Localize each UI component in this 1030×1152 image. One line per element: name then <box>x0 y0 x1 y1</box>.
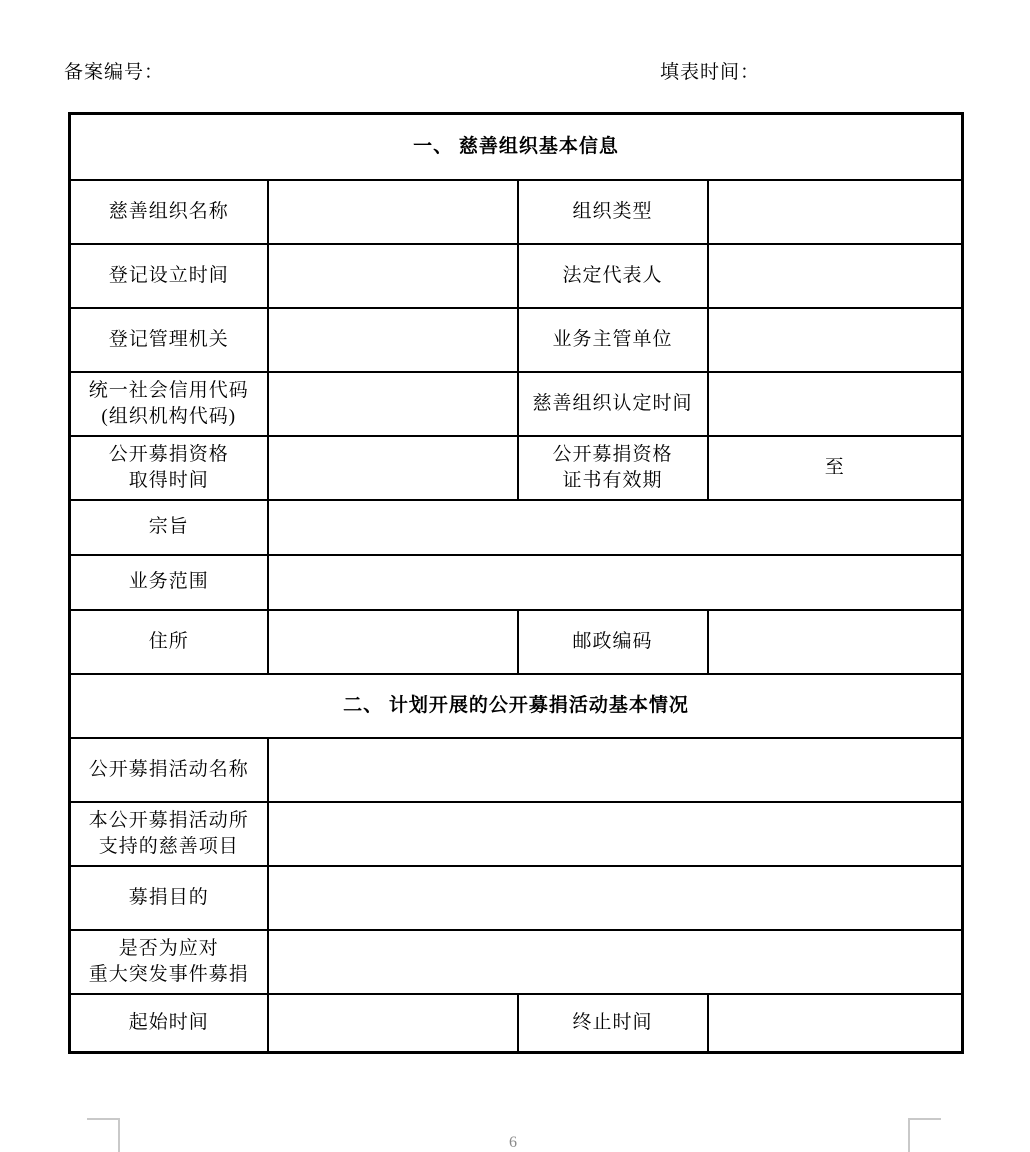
validity-to-text: 至 <box>825 457 845 478</box>
reg-authority-label-cell: 登记管理机关 <box>70 308 268 372</box>
address-label-cell: 住所 <box>70 610 268 674</box>
table-row: 起始时间 终止时间 <box>70 994 963 1053</box>
reg-authority-input-cell[interactable] <box>268 308 518 372</box>
org-name-label-cell: 慈善组织名称 <box>70 180 268 244</box>
fundraising-purpose-input-cell[interactable] <box>268 866 963 930</box>
supported-project-label-line1: 本公开募捐活动所 <box>89 810 249 831</box>
activity-name-input-cell[interactable] <box>268 738 963 802</box>
address-input-cell[interactable] <box>268 610 518 674</box>
legal-rep-label-cell: 法定代表人 <box>518 244 708 308</box>
start-time-input-cell[interactable] <box>268 994 518 1053</box>
fundraising-qualification-date-input-cell[interactable] <box>268 436 518 500</box>
table-row: 慈善组织名称 组织类型 <box>70 180 963 244</box>
postal-code-input-cell[interactable] <box>708 610 963 674</box>
table-row: 公开募捐资格 取得时间 公开募捐资格 证书有效期 至 <box>70 436 963 500</box>
reg-date-input-cell[interactable] <box>268 244 518 308</box>
org-type-label: 组织类型 <box>572 201 652 222</box>
address-label: 住所 <box>149 631 189 652</box>
certificate-validity-label-line1: 公开募捐资格 <box>552 444 672 465</box>
section2-title: 二、 计划开展的公开募捐活动基本情况 <box>343 695 689 716</box>
supervisory-unit-input-cell[interactable] <box>708 308 963 372</box>
fundraising-qualification-date-label-cell: 公开募捐资格 取得时间 <box>70 436 268 500</box>
activity-name-label: 公开募捐活动名称 <box>89 759 249 780</box>
org-type-label-cell: 组织类型 <box>518 180 708 244</box>
charity-fundraising-form-table: 一、 慈善组织基本信息 慈善组织名称 组织类型 登记设立时间 法定代表人 <box>68 112 964 1054</box>
supervisory-unit-label-cell: 业务主管单位 <box>518 308 708 372</box>
legal-rep-input-cell[interactable] <box>708 244 963 308</box>
certificate-validity-input-cell[interactable]: 至 <box>708 436 963 500</box>
section1-title: 一、 慈善组织基本信息 <box>413 136 619 157</box>
purpose-label: 宗旨 <box>149 516 189 537</box>
fill-time-label-text: 填表时间： <box>660 62 760 83</box>
charity-recognition-date-label: 慈善组织认定时间 <box>532 393 692 414</box>
reg-authority-label: 登记管理机关 <box>109 329 229 350</box>
credit-code-label-line2: (组织机构代码) <box>101 406 236 427</box>
activity-name-label-cell: 公开募捐活动名称 <box>70 738 268 802</box>
business-scope-label: 业务范围 <box>129 571 209 592</box>
major-emergency-label-cell: 是否为应对 重大突发事件募捐 <box>70 930 268 994</box>
end-time-label-cell: 终止时间 <box>518 994 708 1053</box>
table-row: 住所 邮政编码 <box>70 610 963 674</box>
start-time-label-cell: 起始时间 <box>70 994 268 1053</box>
legal-rep-label: 法定代表人 <box>562 265 662 286</box>
table-row: 本公开募捐活动所 支持的慈善项目 <box>70 802 963 866</box>
charity-recognition-date-label-cell: 慈善组织认定时间 <box>518 372 708 436</box>
page-margin-corner-mark-left <box>87 1118 120 1152</box>
fundraising-purpose-label-cell: 募捐目的 <box>70 866 268 930</box>
org-name-label: 慈善组织名称 <box>109 201 229 222</box>
page-number: 6 <box>503 1134 523 1152</box>
table-row: 是否为应对 重大突发事件募捐 <box>70 930 963 994</box>
reg-date-label: 登记设立时间 <box>109 265 229 286</box>
major-emergency-input-cell[interactable] <box>268 930 963 994</box>
table-row: 募捐目的 <box>70 866 963 930</box>
credit-code-label-line1: 统一社会信用代码 <box>89 380 249 401</box>
major-emergency-label-line1: 是否为应对 <box>119 938 219 959</box>
table-row: 统一社会信用代码 (组织机构代码) 慈善组织认定时间 <box>70 372 963 436</box>
table-row: 业务范围 <box>70 555 963 610</box>
end-time-label: 终止时间 <box>572 1012 652 1033</box>
fundraising-qualification-date-label-line1: 公开募捐资格 <box>109 444 229 465</box>
section2-header: 二、 计划开展的公开募捐活动基本情况 <box>70 674 963 738</box>
org-name-input-cell[interactable] <box>268 180 518 244</box>
credit-code-label-cell: 统一社会信用代码 (组织机构代码) <box>70 372 268 436</box>
supported-project-label-cell: 本公开募捐活动所 支持的慈善项目 <box>70 802 268 866</box>
purpose-label-cell: 宗旨 <box>70 500 268 555</box>
fundraising-purpose-label: 募捐目的 <box>129 887 209 908</box>
charity-recognition-date-input-cell[interactable] <box>708 372 963 436</box>
fundraising-qualification-date-label-line2: 取得时间 <box>129 470 209 491</box>
business-scope-input-cell[interactable] <box>268 555 963 610</box>
fill-time-label: 填表时间： <box>660 60 760 86</box>
major-emergency-label-line2: 重大突发事件募捐 <box>89 964 249 985</box>
credit-code-input-cell[interactable] <box>268 372 518 436</box>
reg-date-label-cell: 登记设立时间 <box>70 244 268 308</box>
start-time-label: 起始时间 <box>129 1012 209 1033</box>
org-type-input-cell[interactable] <box>708 180 963 244</box>
filing-number-label: 备案编号： <box>64 60 164 86</box>
purpose-input-cell[interactable] <box>268 500 963 555</box>
table-row: 公开募捐活动名称 <box>70 738 963 802</box>
page-margin-corner-mark-right <box>908 1118 941 1152</box>
supported-project-input-cell[interactable] <box>268 802 963 866</box>
supervisory-unit-label: 业务主管单位 <box>552 329 672 350</box>
filing-number-label-text: 备案编号： <box>64 62 164 83</box>
end-time-input-cell[interactable] <box>708 994 963 1053</box>
section1-header: 一、 慈善组织基本信息 <box>70 114 963 180</box>
business-scope-label-cell: 业务范围 <box>70 555 268 610</box>
table-row: 登记设立时间 法定代表人 <box>70 244 963 308</box>
certificate-validity-label-cell: 公开募捐资格 证书有效期 <box>518 436 708 500</box>
supported-project-label-line2: 支持的慈善项目 <box>99 836 239 857</box>
postal-code-label: 邮政编码 <box>572 631 652 652</box>
postal-code-label-cell: 邮政编码 <box>518 610 708 674</box>
table-row: 登记管理机关 业务主管单位 <box>70 308 963 372</box>
certificate-validity-label-line2: 证书有效期 <box>562 470 662 491</box>
table-row: 宗旨 <box>70 500 963 555</box>
document-page: 备案编号： 填表时间： 一、 慈善组织基本信息 慈善组织名称 组织类型 <box>0 0 1030 1152</box>
